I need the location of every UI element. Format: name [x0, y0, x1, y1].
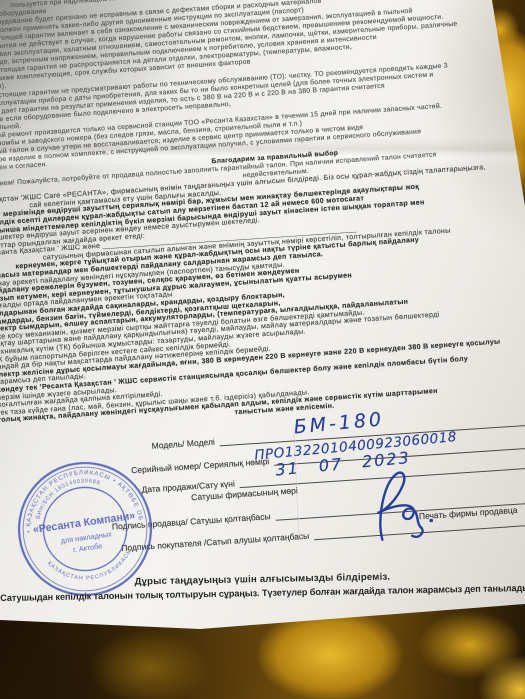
- kazakh-warranty-terms: Қазақстан ’ЖШС Care «РЕСАНТА», фирмасыны…: [0, 160, 525, 433]
- seller-signature-ink: [348, 464, 448, 552]
- signature-dot: [429, 519, 433, 523]
- stamp-company-name: «Ресанта Компани»: [32, 510, 136, 536]
- model-label: Модель/ Моделі: [151, 436, 215, 450]
- warranty-paper-sheet: пользуется при надлежащем ...ное оборудо…: [0, 0, 525, 699]
- photographed-warranty-card: пользуется при надлежащем ...ное оборудо…: [0, 0, 525, 699]
